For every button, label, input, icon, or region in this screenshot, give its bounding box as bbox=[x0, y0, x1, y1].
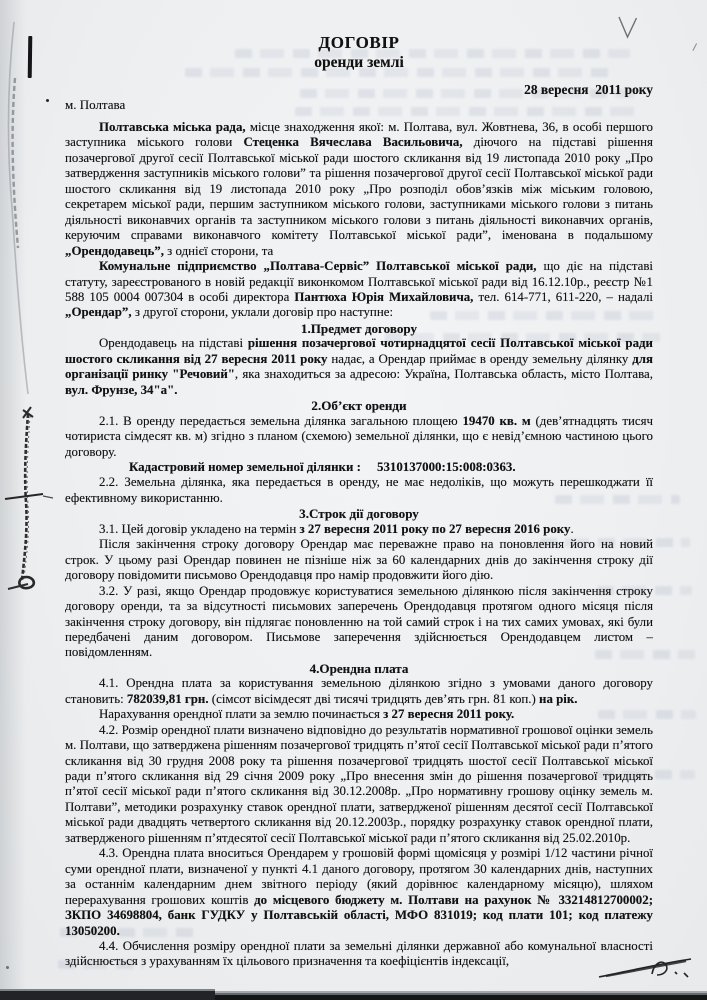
document-city: м. Полтава bbox=[65, 97, 653, 113]
scan-edge-bar bbox=[0, 989, 215, 1000]
accrual-paragraph: Нарахування орендної плати за землю почи… bbox=[65, 707, 653, 722]
clause-4-4: 4.4. Обчислення розміру орендної плати з… bbox=[65, 939, 653, 970]
clause-4-3: 4.3. Орендна плата вноситься Орендарем у… bbox=[65, 846, 653, 939]
clause-4-2: 4.2. Розмір орендної плати визначено від… bbox=[65, 723, 653, 847]
document-title: ДОГОВІР bbox=[65, 33, 653, 53]
cadastre-number-line: Кадастровий номер земельної ділянки : 53… bbox=[65, 460, 653, 475]
paper-crease bbox=[0, 18, 60, 398]
clause-2-2: 2.2. Земельна ділянка, яка передається в… bbox=[65, 475, 653, 506]
lessor-paragraph: Полтавська міська рада, місце знаходженн… bbox=[65, 120, 653, 259]
clause-3-1: 3.1. Цей договір укладено на термін з 27… bbox=[65, 522, 653, 537]
subject-paragraph: Орендодавець на підставі рішення позачер… bbox=[65, 336, 653, 398]
section-4-heading: 4.Орендна плата bbox=[65, 661, 653, 676]
clause-3-2: 3.2. У разі, якщо Орендар продовжує кори… bbox=[65, 584, 653, 661]
section-3-heading: 3.Строк дії договору bbox=[65, 506, 653, 521]
clause-2-1: 2.1. В оренду передається земельна ділян… bbox=[65, 414, 653, 460]
lessee-paragraph: Комунальне підприємство „Полтава-Сервіс”… bbox=[65, 259, 653, 321]
ink-dot bbox=[6, 966, 9, 969]
document-body: ДОГОВІР оренди землі 28 вересня 2011 рок… bbox=[65, 33, 653, 970]
section-1-heading: 1.Предмет договору bbox=[65, 321, 653, 336]
document-subtitle: оренди землі bbox=[65, 54, 653, 72]
scanned-document-page: ДОГОВІР оренди землі 28 вересня 2011 рок… bbox=[0, 0, 707, 1000]
pen-stroke-mark bbox=[692, 43, 700, 52]
document-date: 28 вересня 2011 року bbox=[65, 82, 653, 98]
binding-thread bbox=[2, 402, 56, 602]
clause-4-1: 4.1. Орендна плата за користування земел… bbox=[65, 676, 653, 707]
section-2-heading: 2.Об’єкт оренди bbox=[65, 398, 653, 413]
renewal-paragraph: Після закінчення строку договору Орендар… bbox=[65, 537, 653, 583]
